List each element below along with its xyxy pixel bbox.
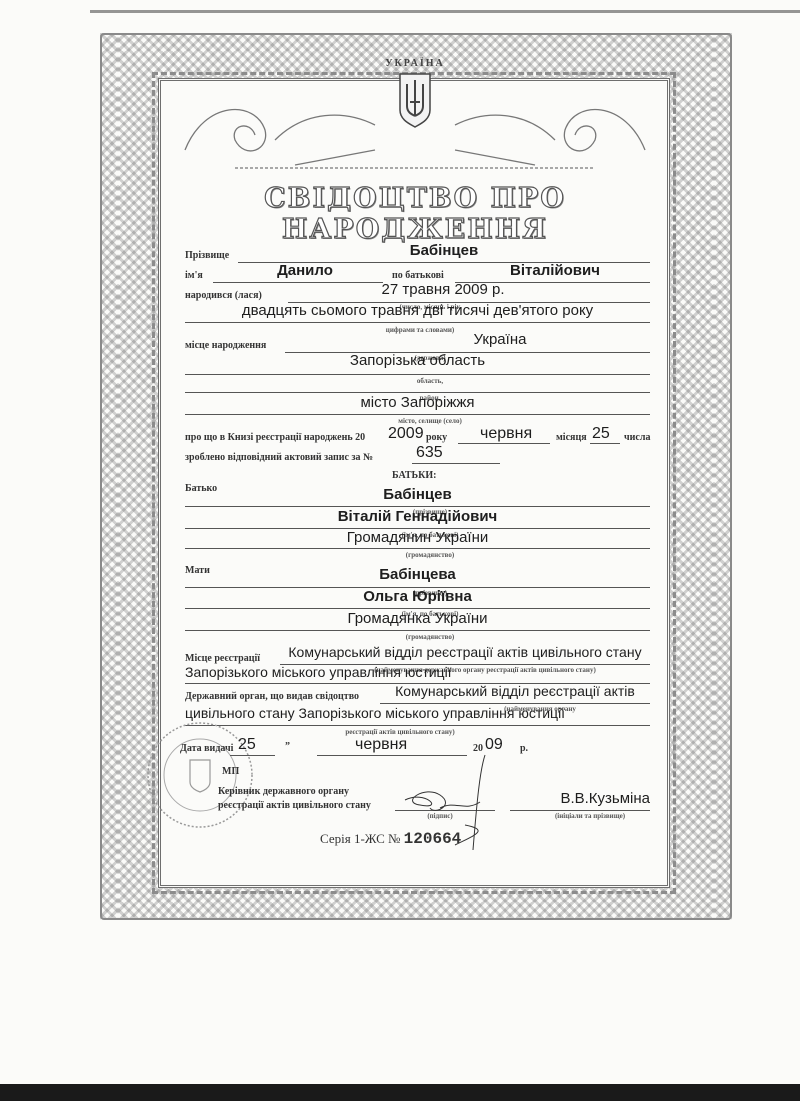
birth-words-line: [185, 322, 650, 323]
issue-day: 25: [238, 736, 256, 754]
document-title: СВІДОЦТВО ПРО НАРОДЖЕННЯ: [160, 183, 670, 245]
city-caption: місто, селище (село): [330, 417, 530, 425]
reg-place-line1: Комунарський відділ реєстрації актів цив…: [285, 644, 645, 660]
father-citizenship: Громадянин України: [185, 529, 650, 546]
registry-month: червня: [480, 425, 532, 443]
quote-mark: ”: [285, 741, 290, 752]
child-patronymic: Віталійович: [460, 262, 650, 279]
initials-caption: (ініціали та прізвище): [535, 812, 645, 820]
registry-day: 25: [592, 425, 610, 443]
reg-place-label: Місце реєстрації: [185, 653, 260, 664]
registry-year: 2009: [388, 425, 424, 443]
birthplace-label: місце народження: [185, 340, 266, 351]
certificate-number: 120664: [404, 830, 462, 848]
mother-citizenship-caption: (громадянство): [330, 633, 530, 641]
birth-city: місто Запоріжжя: [185, 394, 650, 411]
scan-edge-bottom: [0, 1084, 800, 1101]
registry-day-line: [590, 443, 620, 444]
region-caption: область,: [330, 377, 530, 385]
district-line: [185, 392, 650, 393]
birth-date: 27 травня 2009 р.: [288, 281, 598, 298]
issuer-label: Державний орган, що видав свідоцтво: [185, 691, 359, 702]
surname-label: Прізвище: [185, 250, 229, 261]
record-number: 635: [416, 444, 443, 462]
issuer-line1: Комунарський відділ реєстрації актів: [380, 683, 650, 699]
birth-region: Запорізька область: [185, 352, 650, 369]
birth-country: Україна: [400, 331, 600, 348]
head-label-2: реєстрації актів цивільного стану: [218, 800, 371, 811]
father-surname: Бабінцев: [185, 486, 650, 503]
official-name: В.В.Кузьміна: [510, 790, 650, 807]
mother-citizenship: Громадянка України: [185, 610, 650, 627]
stamp-place: МП: [222, 766, 239, 777]
series-label: Серія 1-ЖС №: [320, 831, 400, 846]
father-citizenship-line: [185, 548, 650, 549]
mother-surname: Бабінцева: [185, 566, 650, 583]
birth-date-words: двадцять сьомого травня дві тисячі дев'я…: [185, 302, 650, 319]
child-name: Данило: [225, 262, 385, 279]
issuer-line: [380, 703, 650, 704]
official-name-line: [510, 810, 650, 811]
mother-citizenship-line: [185, 630, 650, 631]
scan-edge-top: [90, 10, 800, 13]
registry-label: про що в Книзі реєстрації народжень 20: [185, 432, 365, 443]
parents-heading: БАТЬКИ:: [392, 470, 436, 481]
registry-day-suffix: числа: [624, 432, 650, 443]
region-line: [185, 374, 650, 375]
patronymic-label: по батькові: [392, 270, 444, 281]
registry-month-suffix: місяця: [556, 432, 587, 443]
record-line: [412, 463, 500, 464]
head-label-1: Керівник державного органу: [218, 786, 349, 797]
name-label: ім'я: [185, 270, 203, 281]
mother-name-line: [185, 608, 650, 609]
registry-month-line: [458, 443, 550, 444]
issue-year-suffix: р.: [520, 743, 528, 754]
issuer-line2: цивільного стану Запорізького міського у…: [185, 705, 585, 721]
child-surname: Бабінцев: [238, 242, 650, 259]
coat-of-arms-icon: [398, 72, 432, 128]
record-label: зроблено відповідний актовий запис за №: [185, 452, 373, 463]
country-label: УКРАЇНА: [380, 58, 450, 69]
reg-place-line2: Запорізького міського управління юстиції: [185, 664, 430, 680]
issue-day-line: [230, 755, 275, 756]
father-name: Віталій Геннадійович: [185, 508, 650, 525]
issuer-caption-2: реєстрації актів цивільного стану): [320, 728, 480, 736]
city-line: [185, 414, 650, 415]
certificate-series: Серія 1-ЖС № 120664: [320, 830, 461, 848]
father-surname-line: [185, 506, 650, 507]
born-label: народився (лася): [185, 290, 262, 301]
issue-date-label: Дата видачі: [180, 743, 233, 754]
father-citizenship-caption: (громадянство): [330, 551, 530, 559]
registry-year-suffix: року: [426, 432, 447, 443]
mother-name: Ольга Юріївна: [185, 588, 650, 605]
